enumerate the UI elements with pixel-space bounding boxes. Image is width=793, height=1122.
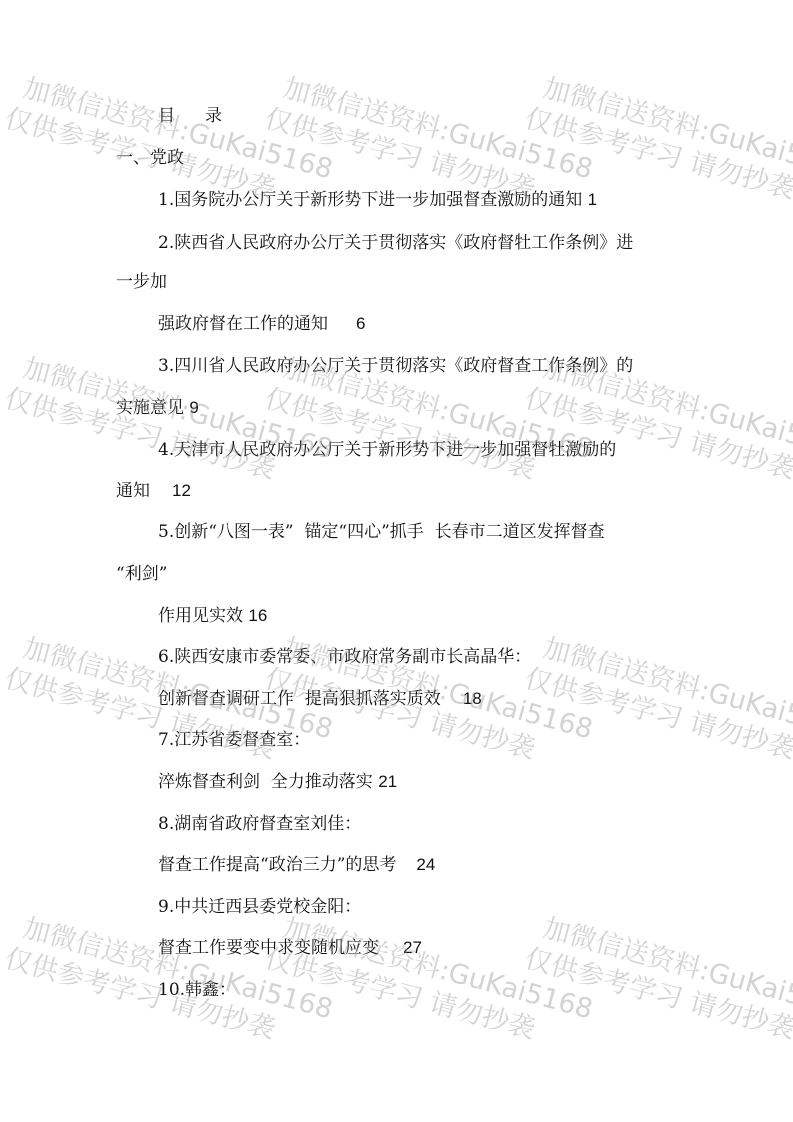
- toc-page-number: 6: [356, 314, 365, 333]
- watermark: 加微信送资料:GuKai5168仅供参考学习 请勿抄袭: [270, 912, 596, 1060]
- section-heading: 一、党政: [116, 148, 184, 168]
- toc-entry-text: 淬炼督查利剑 全力推动落实: [158, 772, 373, 792]
- toc-entry-9-cont[interactable]: 督查工作要变中求变随机应变27: [158, 938, 422, 958]
- watermark: 加微信送资料:GuKai5168仅供参考学习 请勿抄袭: [530, 632, 793, 780]
- toc-entry-8[interactable]: 8.湖南省政府督查室刘佳：: [158, 814, 361, 834]
- toc-entry-5[interactable]: 5.创新“八图一表” 锚定“四心”抓手 长春市二道区发挥督查: [158, 522, 605, 542]
- toc-entry-4-cont[interactable]: 通知12: [116, 481, 191, 501]
- toc-entry-text: 督查工作要变中求变随机应变: [158, 938, 379, 958]
- toc-page-number: 12: [172, 481, 191, 500]
- toc-entry-text: 8.湖南省政府督查室刘佳：: [158, 814, 361, 834]
- toc-entry-text: “利剑”: [116, 564, 167, 584]
- toc-entry-6[interactable]: 6.陕西安康市委常委、市政府常务副市长高晶华：: [158, 647, 531, 667]
- toc-entry-1[interactable]: 1.国务院办公厅关于新形势下进一步加强督查激励的通知 1: [158, 190, 597, 210]
- toc-entry-7-cont[interactable]: 淬炼督查利剑 全力推动落实 21: [158, 772, 397, 792]
- toc-page-number: 24: [416, 855, 435, 874]
- toc-entry-text: 督查工作提高“政治三力”的思考: [158, 855, 396, 875]
- toc-page-number: 21: [378, 772, 397, 791]
- toc-entry-text: 实施意见: [116, 398, 184, 418]
- toc-entry-4[interactable]: 4.天津市人民政府办公厅关于新形势下进一步加强督牡激励的: [158, 440, 616, 460]
- toc-entry-text: 1.国务院办公厅关于新形势下进一步加强督查激励的通知: [158, 190, 582, 210]
- toc-page-number: 16: [248, 606, 267, 625]
- toc-entry-3[interactable]: 3.四川省人民政府办公厅关于贯彻落实《政府督查工作条例》的: [158, 356, 633, 376]
- toc-page-number: 27: [403, 938, 422, 957]
- toc-entry-text: 一步加: [116, 272, 167, 292]
- toc-title-char-1: 目: [158, 106, 175, 126]
- toc-entry-2[interactable]: 2.陕西省人民政府办公厅关于贯彻落实《政府督牡工作条例》进: [158, 233, 633, 253]
- toc-entry-6-cont[interactable]: 创新督查调研工作 提高狠抓落实质效18: [158, 689, 482, 709]
- toc-entry-text: 强政府督在工作的通知: [158, 314, 328, 334]
- toc-entry-5-cont[interactable]: “利剑”: [116, 564, 167, 584]
- toc-entry-text: 创新督查调研工作 提高狠抓落实质效: [158, 689, 441, 709]
- toc-entry-10[interactable]: 10.韩鑫：: [158, 980, 236, 1000]
- toc-entry-text: 6.陕西安康市委常委、市政府常务副市长高晶华：: [158, 647, 531, 667]
- toc-entry-text: 3.四川省人民政府办公厅关于贯彻落实《政府督查工作条例》的: [158, 356, 633, 376]
- toc-entry-text: 2.陕西省人民政府办公厅关于贯彻落实《政府督牡工作条例》进: [158, 233, 633, 253]
- toc-entry-7[interactable]: 7.江苏省委督查室：: [158, 730, 310, 750]
- toc-entry-9[interactable]: 9.中共迁西县委党校金阳：: [158, 897, 361, 917]
- watermark: 加微信送资料:GuKai5168仅供参考学习 请勿抄袭: [530, 912, 793, 1060]
- toc-entry-text: 5.创新“八图一表” 锚定“四心”抓手 长春市二道区发挥督查: [158, 522, 605, 542]
- toc-entry-text: 7.江苏省委督查室：: [158, 730, 310, 750]
- toc-title-char-2: 录: [205, 106, 222, 126]
- toc-title: 目录: [158, 106, 222, 126]
- toc-entry-text: 4.天津市人民政府办公厅关于新形势下进一步加强督牡激励的: [158, 440, 616, 460]
- toc-page-number: 9: [189, 398, 198, 417]
- toc-entry-2-cont2[interactable]: 强政府督在工作的通知6: [158, 314, 365, 334]
- toc-entry-text: 10.韩鑫：: [158, 980, 236, 1000]
- toc-entry-text: 作用见实效: [158, 606, 243, 626]
- toc-entry-8-cont[interactable]: 督查工作提高“政治三力”的思考24: [158, 855, 435, 875]
- toc-page-number: 1: [588, 190, 597, 209]
- toc-entry-2-cont[interactable]: 一步加: [116, 272, 167, 292]
- toc-entry-3-cont[interactable]: 实施意见 9: [116, 398, 199, 418]
- toc-entry-text: 通知: [116, 481, 150, 501]
- document-page: 目录 一、党政 1.国务院办公厅关于新形势下进一步加强督查激励的通知 1 2.陕…: [0, 0, 793, 1122]
- toc-entry-5-cont2[interactable]: 作用见实效 16: [158, 606, 267, 626]
- toc-page-number: 18: [463, 689, 482, 708]
- toc-entry-text: 9.中共迁西县委党校金阳：: [158, 897, 361, 917]
